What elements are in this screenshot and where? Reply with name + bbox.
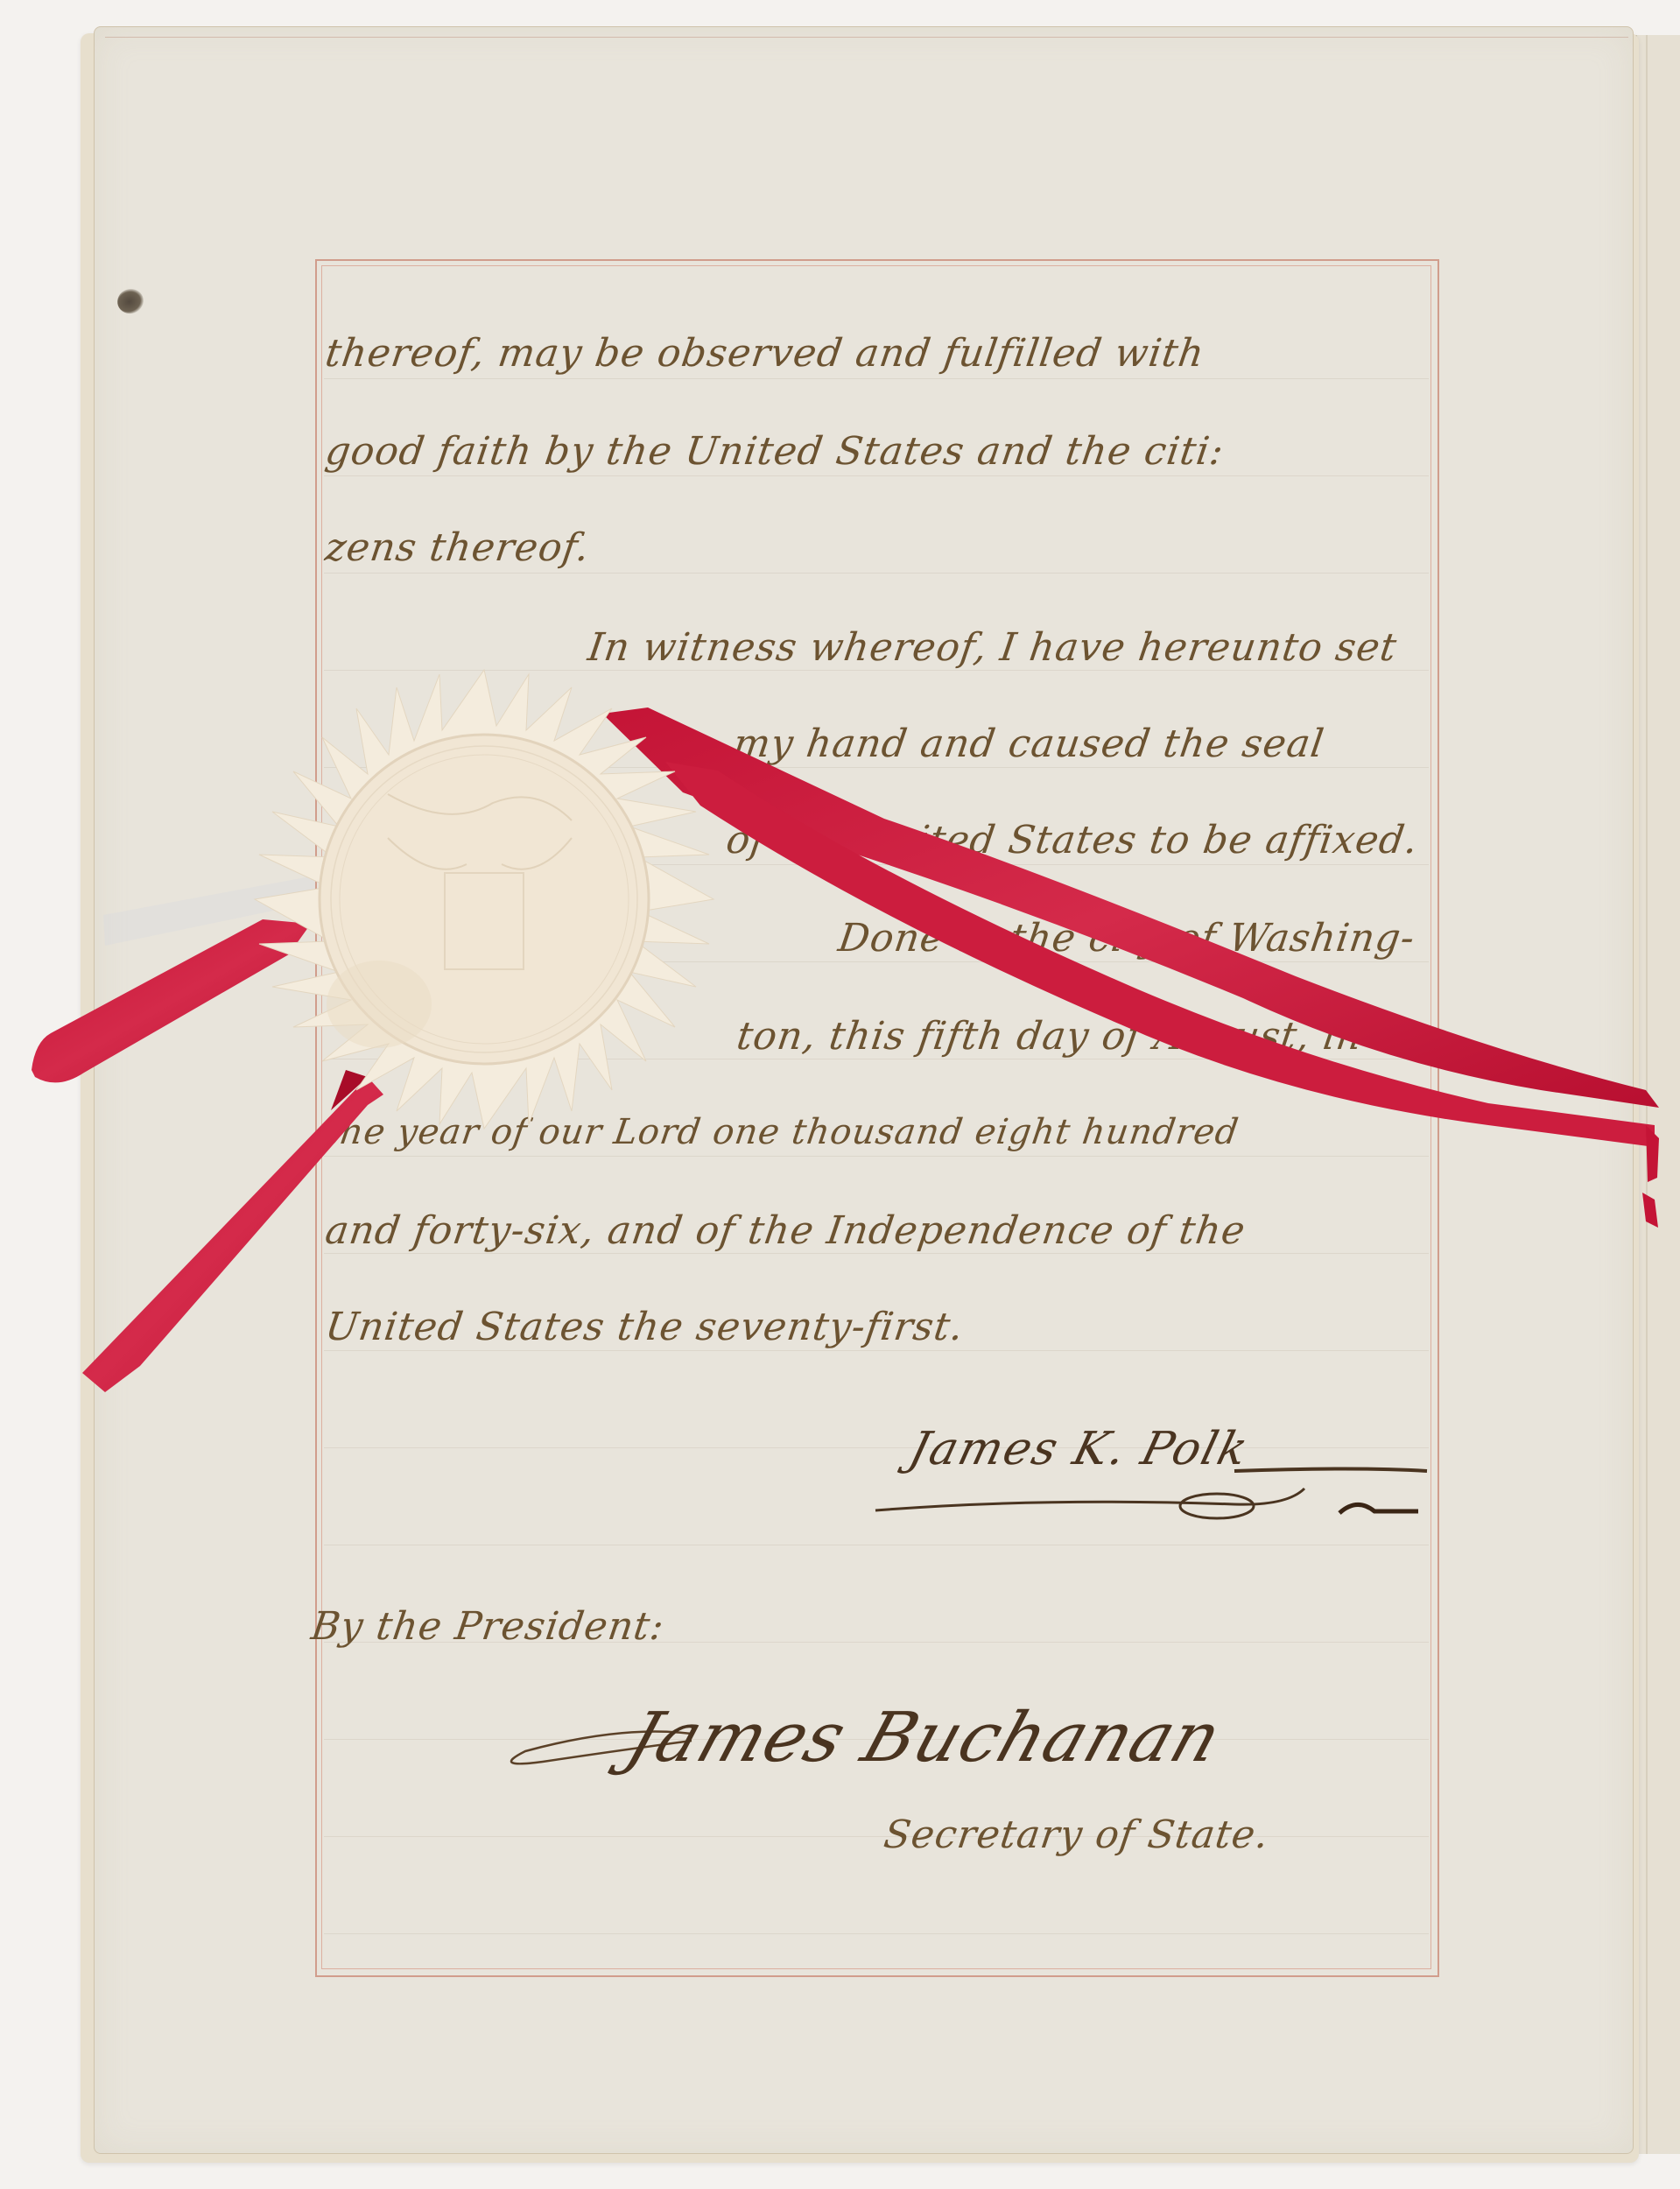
ruling-line — [324, 475, 1429, 476]
ruling-line — [324, 1933, 1429, 1934]
ruling-line — [324, 1350, 1429, 1351]
body-line-10: and forty-six, and of the Independence o… — [322, 1208, 1431, 1253]
body-line-11: United States the seventy-first. — [322, 1305, 1431, 1349]
adjacent-page-edge — [1635, 35, 1680, 2154]
secretary-title: Secretary of State. — [881, 1812, 1412, 1857]
ruling-line — [324, 1156, 1429, 1157]
signature-flourish-icon — [867, 1436, 1445, 1541]
body-line-4: In witness whereof, I have hereunto set — [585, 625, 1431, 670]
attestation-label: By the President: — [308, 1604, 1417, 1649]
ruling-line — [324, 1545, 1429, 1545]
seal-icon — [252, 667, 716, 1131]
body-line-7: Done at the city of Washing- — [835, 916, 1437, 961]
ruling-line — [324, 1253, 1429, 1254]
ruling-line — [324, 573, 1429, 574]
body-line-5: my hand and caused the seal — [730, 721, 1437, 766]
body-line-6: of the United States to be affixed. — [723, 818, 1430, 862]
ruling-line — [324, 378, 1429, 379]
body-line-3: zens thereof. — [322, 525, 1431, 570]
body-line-1: thereof, may be observed and fulfilled w… — [322, 331, 1431, 376]
secretary-signature: James Buchanan — [617, 1699, 1231, 1777]
page-top-rule — [105, 37, 1628, 38]
body-line-8: ton, this fifth day of August, in — [734, 1014, 1440, 1059]
body-line-2: good faith by the United States and the … — [322, 429, 1431, 474]
